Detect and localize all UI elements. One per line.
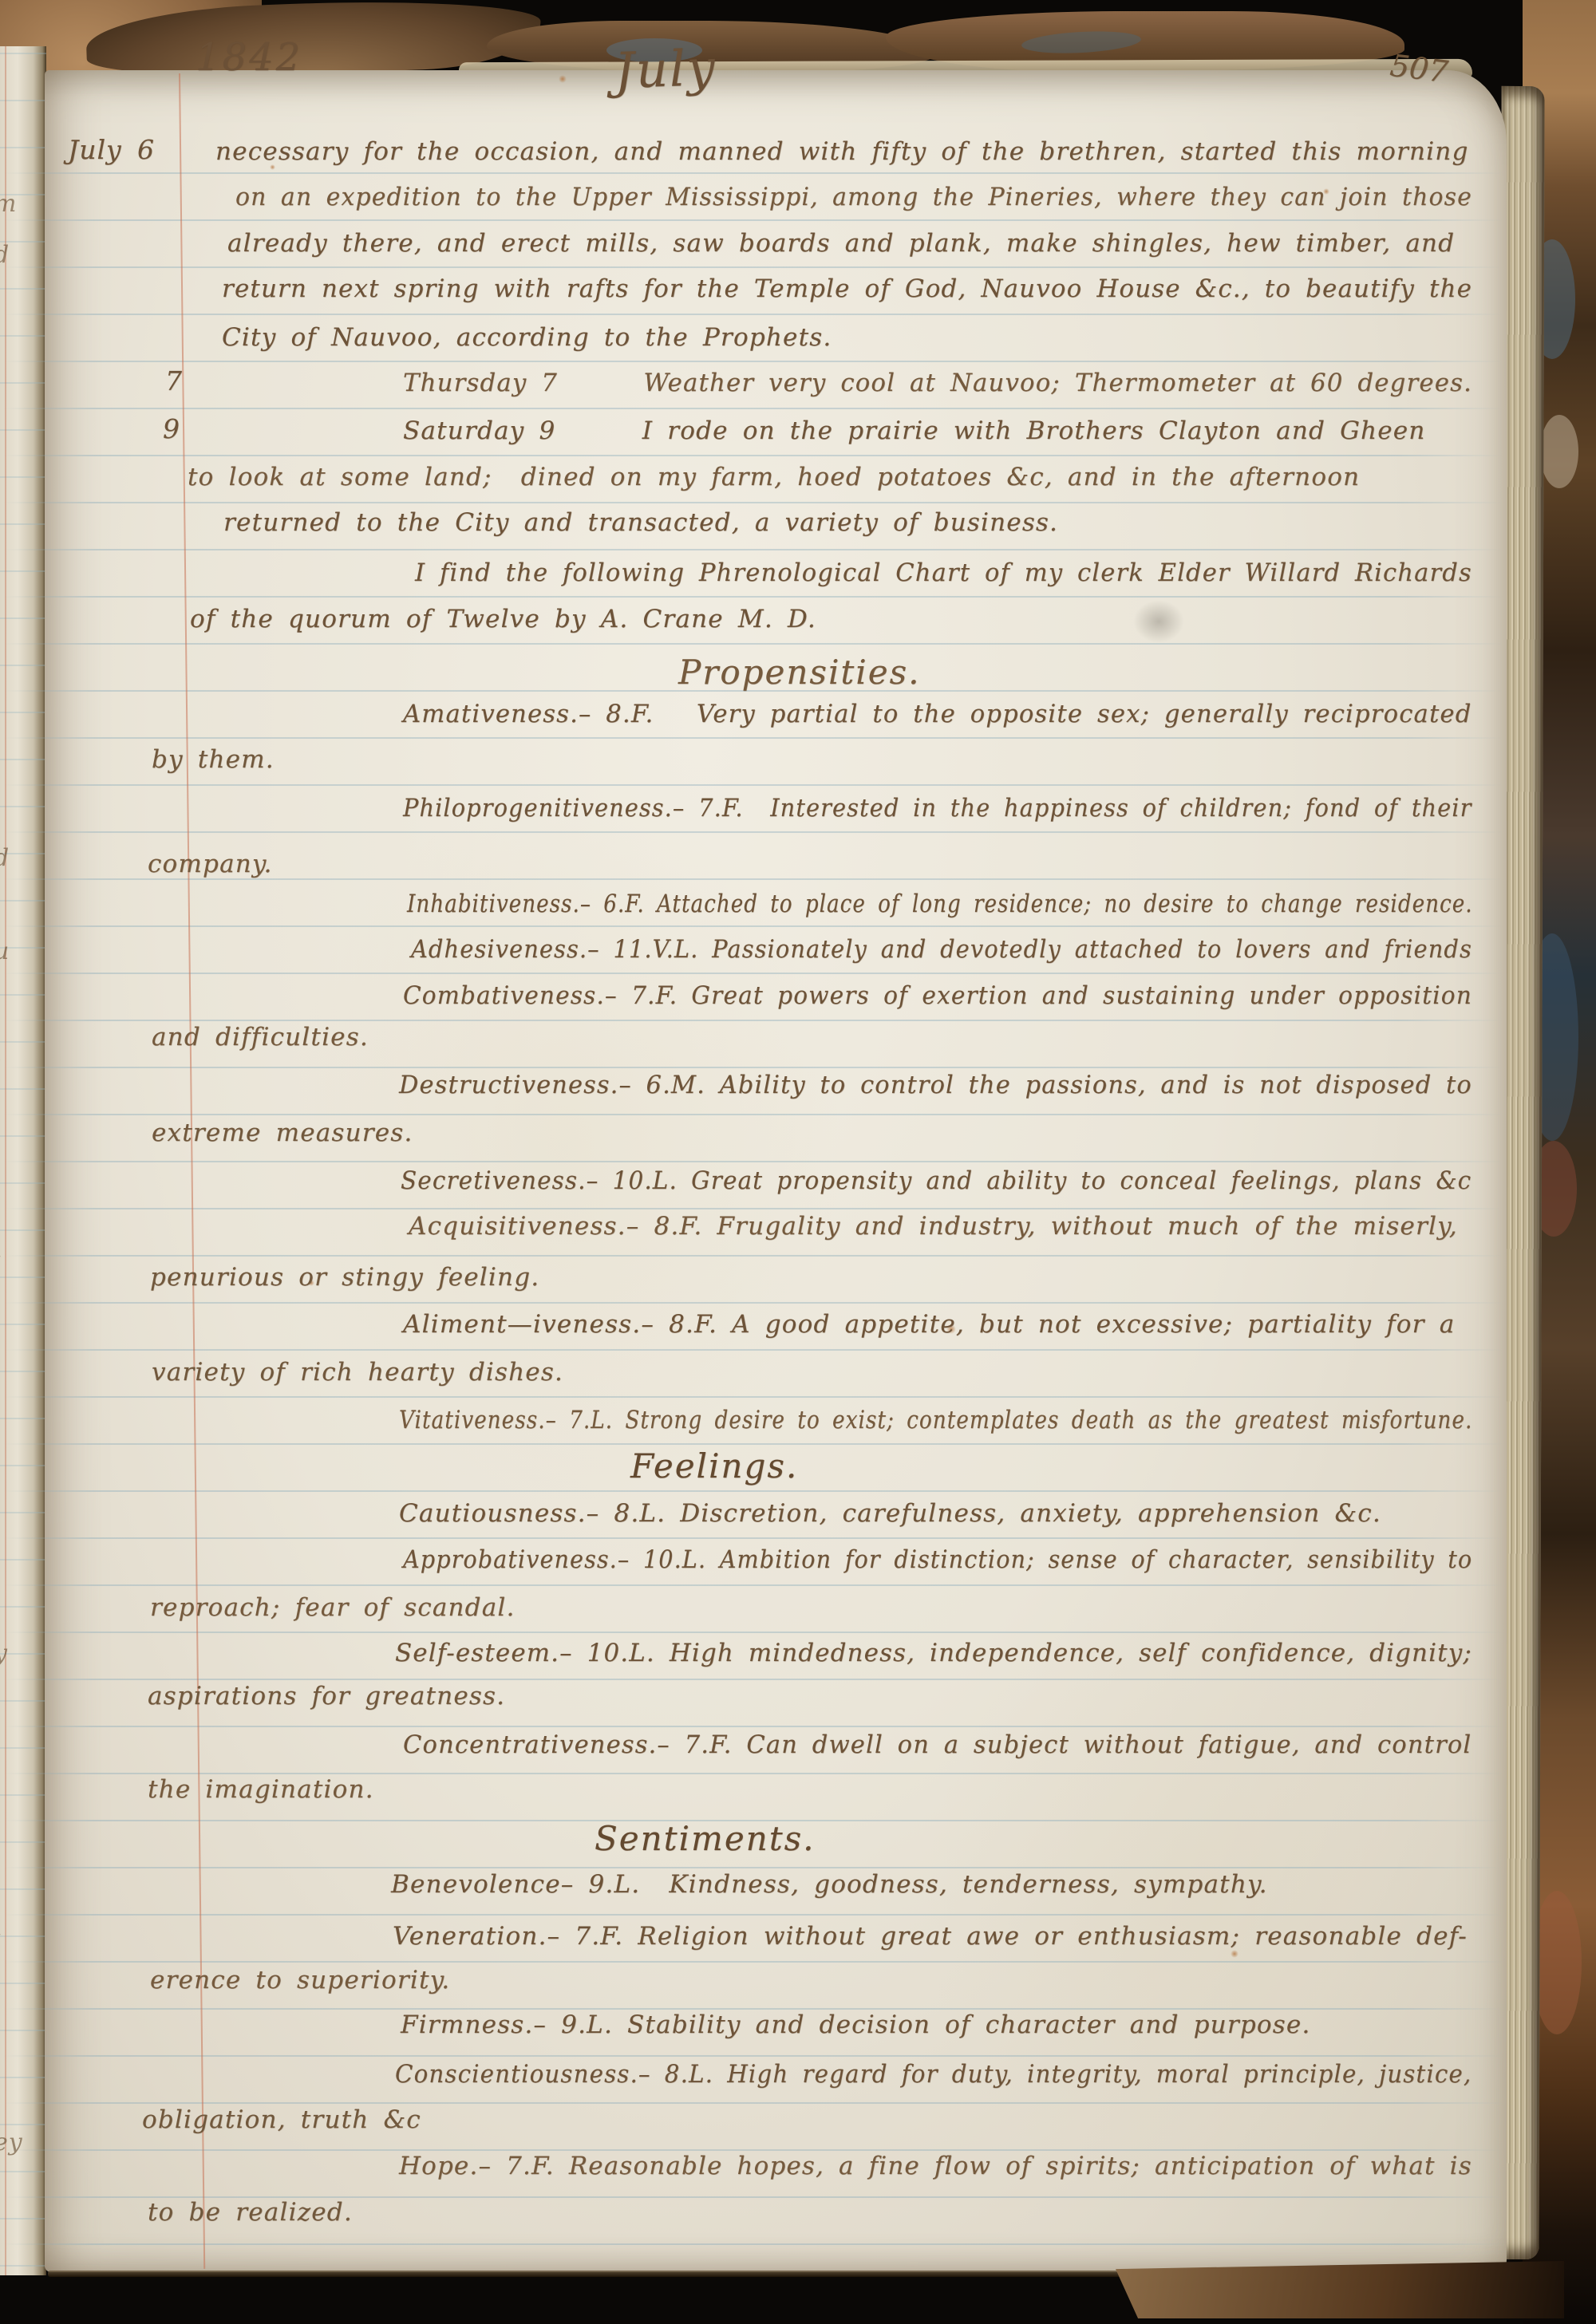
journal-line: Philoprogenitiveness.– 7.F. Interested i… (403, 792, 1472, 824)
journal-entry-line: Thursday 7 Weather very cool at Nauvoo; … (403, 367, 1472, 399)
journal-line: the imagination. (148, 1774, 374, 1805)
journal-line: return next spring with rafts for the Te… (222, 273, 1472, 305)
page-number: 507 (1389, 48, 1450, 90)
journal-line: Approbativeness.– 10.L. Ambition for dis… (403, 1544, 1472, 1576)
margin-date-label: 6 (137, 134, 155, 165)
section-heading: Sentiments. (595, 1819, 816, 1859)
journal-line: and difficulties. (152, 1021, 369, 1053)
ruled-line (3, 925, 1503, 927)
ruled-line (3, 1537, 1503, 1539)
edge-text-fragment: ey (0, 2129, 23, 2156)
journal-line: Adhesiveness.– 11.V.L. Passionately and … (411, 933, 1472, 965)
journal-line: City of Nauvoo, according to the Prophet… (222, 322, 832, 353)
edge-text-fragment: l (0, 1931, 2, 1959)
paper-mottling (922, 1586, 1481, 2224)
year-heading: 1842 (196, 35, 302, 80)
journal-line: Conscientiousness.– 8.L. High regard for… (395, 2058, 1472, 2090)
journal-line: Veneration.– 7.F. Religion without great… (393, 1920, 1468, 1952)
journal-line: of the quorum of Twelve by A. Crane M. D… (190, 603, 816, 635)
journal-line: Inhabitiveness.– 6.F. Attached to place … (407, 888, 1473, 920)
journal-line: obligation, truth &c (142, 2104, 421, 2136)
ruled-line (3, 1914, 1503, 1916)
edge-text-fragment: l (0, 1253, 2, 1280)
ruled-line (3, 1208, 1503, 1209)
ruled-line (3, 596, 1503, 598)
journal-line: Self-esteem.– 10.L. High mindedness, ind… (395, 1637, 1472, 1669)
journal-line: returned to the City and transacted, a v… (223, 507, 1058, 539)
journal-line: penurious or stingy feeling. (150, 1261, 539, 1293)
ruled-line (3, 266, 1503, 268)
journal-line: Concentrativeness.– 7.F. Can dwell on a … (403, 1729, 1472, 1761)
ruled-line (3, 455, 1503, 456)
ruled-line (3, 408, 1503, 409)
journal-line: Acquisitiveness.– 8.F. Frugality and ind… (409, 1210, 1458, 1242)
margin-date-label: 7 (165, 365, 183, 397)
journal-line: already there, and erect mills, saw boar… (227, 227, 1455, 259)
ruled-line (3, 643, 1503, 645)
ruled-line (3, 2243, 1503, 2245)
ruled-line (3, 831, 1503, 833)
section-heading: Propensities. (678, 653, 920, 692)
journal-line: I find the following Phrenological Chart… (415, 557, 1472, 589)
margin-date-label: 9 (163, 413, 180, 444)
binding-bottom-corner (1116, 2261, 1564, 2318)
ruled-line (3, 172, 1503, 174)
edge-text-fragment: u (0, 937, 10, 965)
section-heading: Feelings. (630, 1446, 798, 1486)
journal-line: to be realized. (148, 2196, 353, 2228)
ruled-line (3, 549, 1503, 550)
ruled-line (3, 314, 1503, 315)
ruled-line (3, 1302, 1503, 1304)
journal-line: Secretiveness.– 10.L. Great propensity a… (401, 1165, 1472, 1197)
journal-line: erence to superiority. (150, 1964, 450, 1996)
ruled-line (3, 973, 1503, 974)
ruled-line (3, 1067, 1503, 1068)
edge-text-fragment: y (0, 1639, 8, 1667)
journal-line: Firmness.– 9.L. Stability and decision o… (401, 2009, 1310, 2041)
ruled-line (3, 1114, 1503, 1115)
journal-line: aspirations for greatness. (148, 1680, 505, 1712)
journal-line: on an expedition to the Upper Mississipp… (235, 181, 1472, 213)
journal-line: extreme measures. (152, 1117, 413, 1149)
journal-line: to look at some land; dined on my farm, … (188, 461, 1360, 493)
ruled-line (3, 784, 1503, 786)
edge-text-fragment: i (0, 1055, 2, 1083)
ruled-line (3, 1726, 1503, 1727)
journal-line: reproach; fear of scandal. (150, 1592, 516, 1624)
ruled-line (3, 1490, 1503, 1492)
journal-line: Cautiousness.– 8.L. Discretion, carefuln… (399, 1497, 1381, 1529)
ruled-line (3, 1396, 1503, 1398)
margin-date-label: July (68, 134, 122, 165)
ruled-line (3, 361, 1503, 362)
journal-line: Benevolence– 9.L. Kindness, goodness, te… (391, 1868, 1268, 1900)
journal-line: Aliment—iveness.– 8.F. A good appetite, … (403, 1308, 1455, 1340)
ink-smudge (1133, 600, 1184, 643)
journal-entry-line: Saturday 9 I rode on the prairie with Br… (403, 415, 1425, 447)
journal-line: Destructiveness.– 6.M. Ability to contro… (399, 1069, 1472, 1101)
paper-bottom-edge (48, 2271, 1133, 2277)
ruled-line (3, 2055, 1503, 2057)
edge-text-fragment: m (0, 190, 17, 218)
ruled-line (3, 737, 1503, 739)
marbled-paper-fleck (1540, 415, 1578, 488)
journal-line: Amativeness.– 8.F. Very partial to the o… (403, 698, 1472, 730)
journal-page-photo: mdduilyley 1842 July 507 necessary for t… (0, 0, 1596, 2324)
ruled-line (3, 502, 1503, 503)
edge-text-fragment: d (0, 844, 10, 872)
ruled-line (3, 1961, 1503, 1963)
journal-line: Vitativeness.– 7.L. Strong desire to exi… (399, 1404, 1472, 1436)
journal-line: by them. (152, 744, 275, 775)
ruled-line (3, 1443, 1503, 1445)
edge-text-fragment: d (0, 241, 10, 269)
ruled-line (3, 1349, 1503, 1351)
ruled-line (3, 1584, 1503, 1586)
ruled-line (3, 1632, 1503, 1633)
journal-line: Combativeness.– 7.F. Great powers of exe… (403, 980, 1472, 1012)
journal-entry-line: necessary for the occasion, and manned w… (215, 136, 1469, 168)
ruled-line (3, 1161, 1503, 1162)
ruled-line (3, 1255, 1503, 1257)
foxing-spot (559, 75, 567, 83)
journal-line: variety of rich hearty dishes. (152, 1356, 563, 1388)
journal-line: Hope.– 7.F. Reasonable hopes, a fine flo… (399, 2150, 1472, 2182)
journal-line: company. (148, 848, 273, 880)
month-heading: July (614, 38, 717, 100)
ruled-line (3, 219, 1503, 221)
